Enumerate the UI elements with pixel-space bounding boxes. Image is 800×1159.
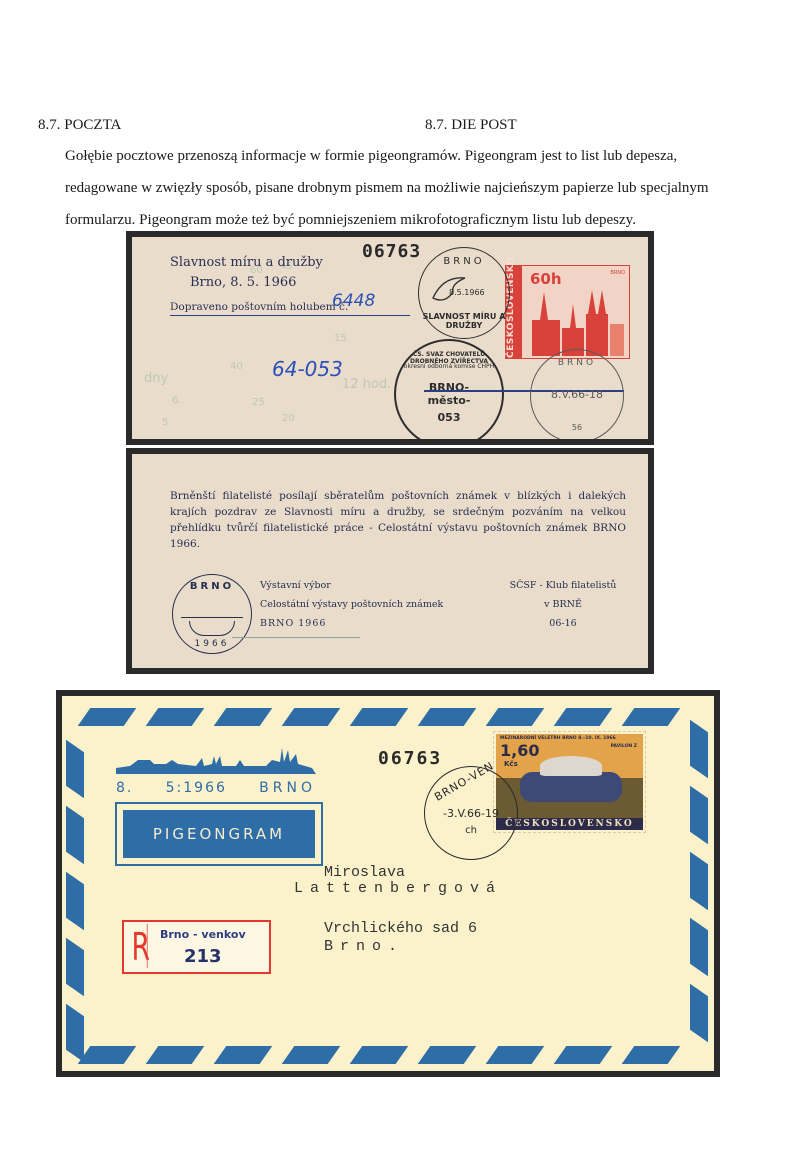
envelope-date: 8. 5:1966 BRNO: [116, 780, 316, 796]
airmail-stripe: [690, 918, 708, 977]
pigeongram-card-back: Brněnští filatelisté posílají sběratelům…: [132, 454, 648, 668]
date-city: BRNO: [259, 780, 316, 796]
recipient-city: Brno.: [324, 938, 404, 955]
paragraph-line: Gołębie pocztowe przenoszą informacje w …: [65, 140, 677, 172]
stamp-pavilion: PAVILON Z: [611, 744, 637, 749]
ghost-text: 40: [230, 361, 243, 372]
postmark-top-text: BRNO: [419, 256, 509, 267]
airmail-stripe: [282, 708, 341, 726]
club-line: v BRNĚ: [498, 595, 628, 614]
stamp-country: ČESKOSLOVENSKO: [496, 818, 643, 830]
paragraph-line: redagowane w zwięzły sposób, pisane drob…: [65, 172, 709, 204]
recipient-last-name: Lattenbergová: [294, 880, 502, 897]
airmail-stripe: [66, 740, 84, 799]
stamp-city: BRNO: [610, 270, 625, 276]
postmark-bottom-text: ch: [425, 825, 517, 836]
serial-number: 06763: [362, 241, 421, 262]
ghost-text: 25: [252, 397, 265, 408]
section-heading-polish: 8.7. POCZTA: [38, 117, 121, 134]
ghost-text: 15: [334, 333, 347, 344]
airmail-stripe: [78, 1046, 137, 1064]
postmark-top-text: BRNO: [531, 358, 623, 368]
postmark-inner-ring-text: okresní odborná komise CHPH: [400, 363, 498, 370]
philatelic-club: SČSF - Klub filatelistů v BRNĚ 06-16: [498, 576, 628, 633]
pigeongram-label: PIGEONGRAM: [123, 810, 315, 858]
logo-year: 1966: [173, 639, 251, 649]
ghost-text: 20: [282, 413, 295, 424]
airmail-stripe: [282, 1046, 341, 1064]
airmail-stripe: [214, 708, 273, 726]
airmail-stripe: [66, 1004, 84, 1063]
ghost-text: 12 hod.: [342, 377, 391, 392]
dove-commemorative-postmark: BRNO 8.5.1966 SLAVNOST MÍRU A DRUŽBY: [418, 247, 510, 339]
registration-label: R Brno - venkov 213: [122, 920, 271, 974]
airmail-stripe: [486, 1046, 545, 1064]
airmail-stripe: [146, 1046, 205, 1064]
postmark-center-text: BRNO- město-: [396, 381, 502, 407]
stamp-currency: Kčs: [504, 760, 518, 768]
airmail-stripe: [690, 852, 708, 911]
cathedral-illustration-icon: [526, 290, 626, 356]
committee-line: Výstavní výbor: [260, 576, 443, 595]
airmail-stripe: [78, 708, 137, 726]
skyline-icon: [181, 607, 243, 618]
registration-number: 213: [184, 946, 222, 967]
airmail-stripe: [350, 708, 409, 726]
postmark-number: 053: [396, 411, 502, 424]
airmail-stripe: [350, 1046, 409, 1064]
airmail-stripe: [622, 708, 681, 726]
registration-letter: R: [131, 924, 147, 968]
club-line: 06-16: [498, 614, 628, 633]
airmail-stripe: [418, 708, 477, 726]
stamp-value: 1,60: [500, 744, 539, 758]
pigeongram-label-box: PIGEONGRAM: [115, 802, 323, 866]
serial-number: 06763: [378, 748, 442, 769]
recipient-first-name: Miroslava: [324, 864, 405, 881]
airmail-stripe: [214, 1046, 273, 1064]
airmail-stripe: [66, 872, 84, 931]
greeting-text: Brněnští filatelisté posílají sběratelům…: [170, 488, 626, 552]
airmail-stripe: [622, 1046, 681, 1064]
card-date: Brno, 8. 5. 1966: [190, 275, 296, 290]
underline: [170, 315, 410, 316]
airmail-stripe: [554, 1046, 613, 1064]
ghost-text: 5: [162, 417, 168, 428]
registration-office: Brno - venkov: [160, 928, 246, 941]
pigeon-ring-number: 6448: [332, 291, 375, 311]
exhibition-committee: Výstavní výbor Celostátní výstavy poštov…: [260, 576, 443, 633]
bowl-icon: [189, 621, 235, 636]
handwritten-code: 64-053: [272, 357, 343, 381]
logo-city: BRNO: [173, 581, 251, 592]
postmark-date: 8.V.66-18: [531, 388, 623, 401]
airmail-stripe: [418, 1046, 477, 1064]
pigeongram-card-front: 60 45 40 15 25 20 6. 5 dny 12 hod. Slavn…: [132, 237, 648, 439]
postmark-bottom-text: 56: [531, 423, 623, 432]
brno-skyline-icon: [116, 748, 316, 774]
club-line: SČSF - Klub filatelistů: [498, 576, 628, 595]
breeders-club-postmark: ČS. SVAZ CHOVATELŮ DROBNÉHO ZVÍŘECTVA ok…: [394, 339, 504, 439]
date-month-year: 5:1966: [166, 780, 227, 796]
postmark-bottom-text: SLAVNOST MÍRU A DRUŽBY: [419, 312, 509, 330]
postmark-date: -3.V.66-19: [425, 807, 517, 820]
airmail-stripe: [690, 786, 708, 845]
exhibition-logo-postmark: BRNO 1966: [172, 574, 252, 654]
brno-venkov-postmark: BRNO-VEN -3.V.66-19 ch: [424, 766, 518, 860]
pigeongram-envelope: 8. 5:1966 BRNO PIGEONGRAM 06763 MEZINÁRO…: [62, 696, 714, 1071]
stamp-value: 60h: [530, 270, 562, 288]
airmail-stripe: [554, 708, 613, 726]
pavilion-z-stamp: MEZINÁRODNÍ VELETRH BRNO 8.–10. IX. 1966…: [496, 734, 643, 830]
ghost-text: 6.: [172, 395, 182, 406]
pavilion-building-icon: [520, 772, 622, 802]
imprinted-stamp: ČESKOSLOVENSKO 60h BRNO: [505, 265, 630, 359]
section-heading-german: 8.7. DIE POST: [425, 117, 517, 134]
airmail-stripe: [486, 708, 545, 726]
airmail-stripe: [690, 984, 708, 1043]
pavilion-dome-icon: [540, 756, 602, 776]
postmark-date: 8.5.1966: [449, 288, 485, 297]
recipient-street: Vrchlického sad 6: [324, 920, 477, 937]
committee-line: BRNO 1966: [260, 614, 443, 633]
airmail-stripe: [66, 806, 84, 865]
airmail-stripe: [66, 938, 84, 997]
ghost-text: dny: [144, 371, 168, 386]
airmail-stripe: [690, 720, 708, 779]
committee-line: Celostátní výstavy poštovních známek: [260, 595, 443, 614]
airmail-stripe: [146, 708, 205, 726]
card-title: Slavnost míru a družby: [170, 255, 323, 270]
carried-by-pigeon-label: Dopraveno poštovním holubem č.: [170, 301, 348, 313]
brno-cancellation-postmark: BRNO 8.V.66-18 56: [530, 349, 624, 439]
divider: [232, 637, 360, 638]
date-day: 8.: [116, 780, 133, 796]
